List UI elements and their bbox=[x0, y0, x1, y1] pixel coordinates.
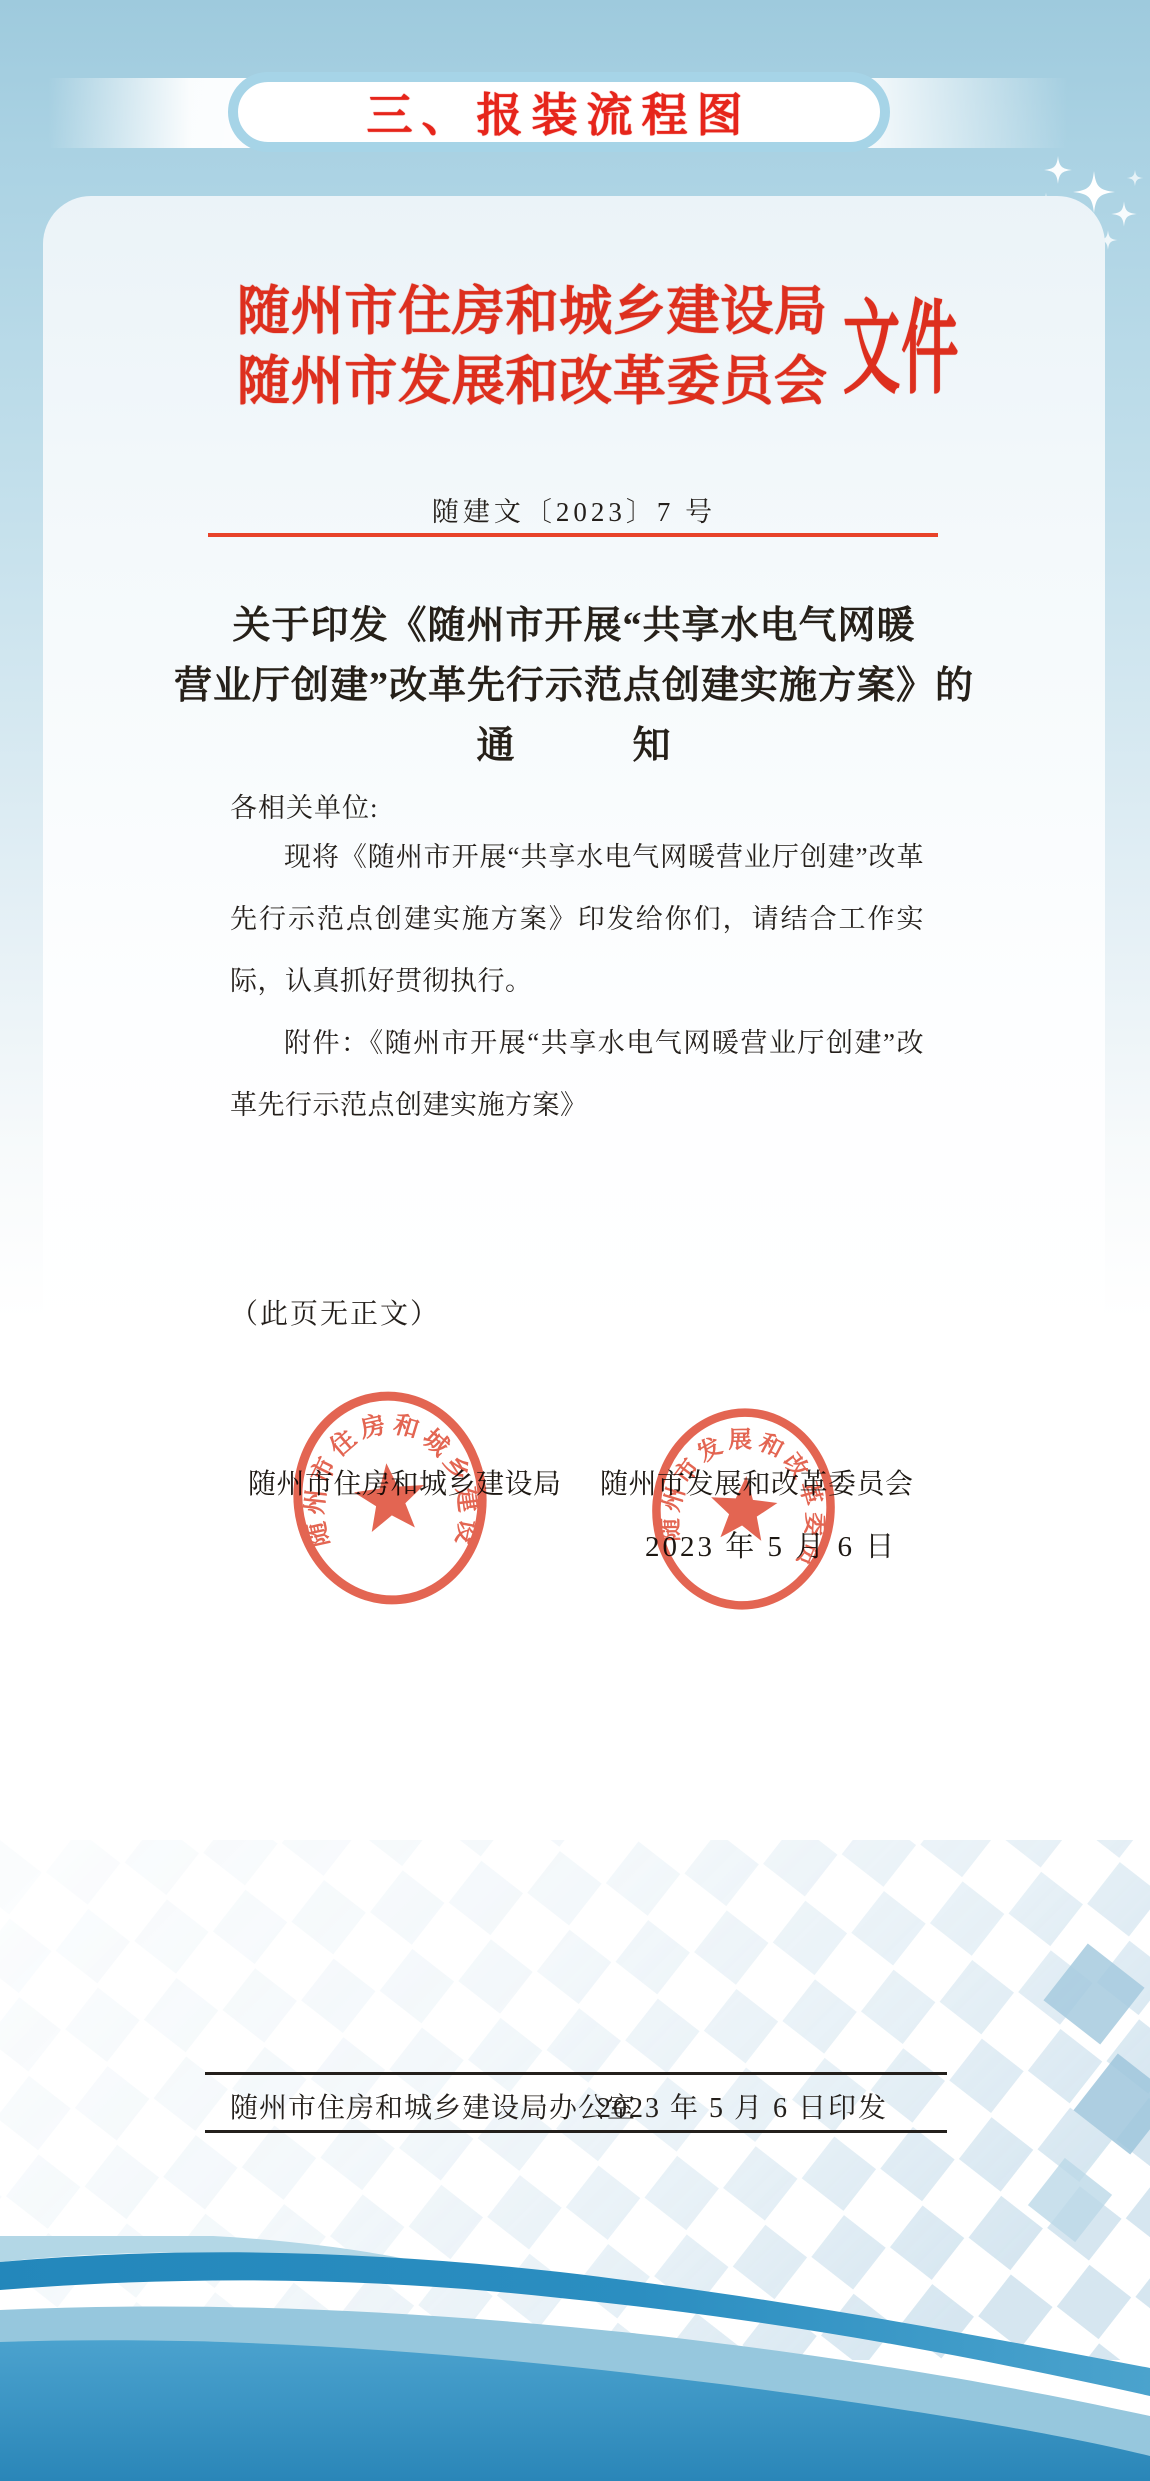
section-banner: 三、报装流程图 bbox=[228, 72, 890, 152]
red-divider bbox=[208, 533, 938, 537]
footer-top-rule bbox=[205, 2072, 947, 2075]
salutation: 各相关单位: bbox=[230, 788, 930, 828]
svg-text:随州市住房和城乡建设局: 随州市住房和城乡建设局 bbox=[279, 1378, 486, 1572]
section-banner-title: 三、报装流程图 bbox=[367, 79, 752, 145]
doc-number: 随建文〔2023〕7 号 bbox=[43, 490, 1105, 529]
header-doc-type: 文件 bbox=[843, 292, 955, 410]
doc-title: 关于印发《随州市开展“共享水电气网暖 营业厅创建”改革先行示范点创建实施方案》的… bbox=[43, 596, 1105, 776]
body-paragraph: 现将《随州市开展“共享水电气网暖营业厅创建”改革先行示范点创建实施方案》印发给你… bbox=[230, 826, 924, 1012]
official-seal-housing-bureau: 随州市住房和城乡建设局 bbox=[279, 1378, 501, 1618]
footer-bottom-rule bbox=[205, 2130, 947, 2133]
header-org-line1: 随州市住房和城乡建设局 bbox=[237, 280, 827, 344]
page: 三、报装流程图 随州市住房和城乡建设局 随州市发展和改革委员会 文件 随建文〔2… bbox=[0, 0, 1150, 2481]
bottom-wave-decoration bbox=[0, 2236, 1150, 2481]
official-seal-reform-commission: 随州市发展和改革委员会 bbox=[637, 1397, 849, 1621]
attachment-line: 附件：《随州市开展“共享水电气网暖营业厅创建”改革先行示范点创建实施方案》 bbox=[230, 1012, 924, 1136]
seal1-text: 随州市住房和城乡建设局 bbox=[279, 1378, 486, 1572]
doc-title-line2: 营业厅创建”改革先行示范点创建实施方案》的 bbox=[43, 656, 1105, 716]
header-org-line2: 随州市发展和改革委员会 bbox=[237, 350, 827, 414]
no-body-note: （此页无正文） bbox=[230, 1292, 440, 1332]
doc-title-line1: 关于印发《随州市开展“共享水电气网暖 bbox=[43, 596, 1105, 656]
footer-issuer: 随州市住房和城乡建设局办公室 bbox=[230, 2086, 636, 2126]
document-card: 随州市住房和城乡建设局 随州市发展和改革委员会 文件 随建文〔2023〕7 号 … bbox=[43, 196, 1105, 1356]
footer-print-date: 2023 年 5 月 6 日印发 bbox=[597, 2086, 888, 2126]
doc-title-line3: 通 知 bbox=[43, 716, 1105, 776]
